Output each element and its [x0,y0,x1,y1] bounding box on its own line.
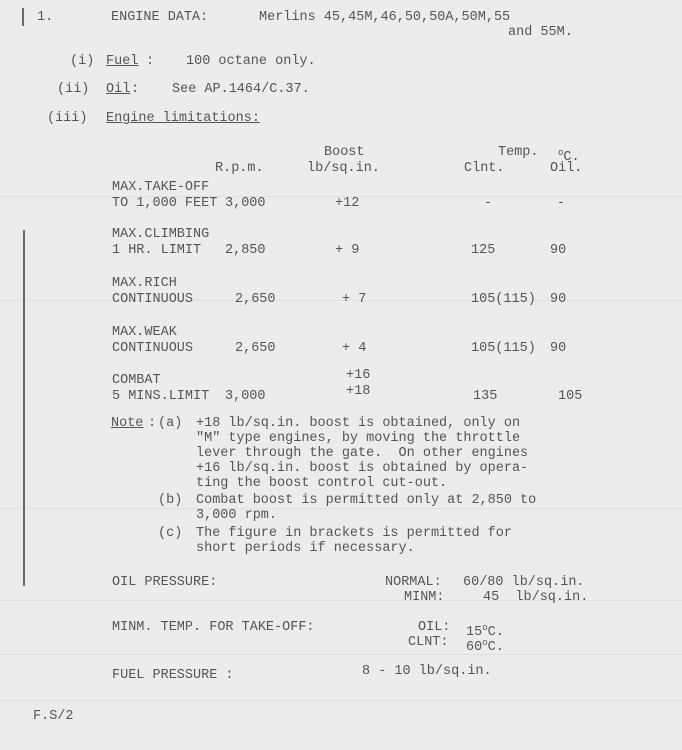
row-oil: - [557,197,565,211]
oil-pressure-label: OIL PRESSURE: [112,576,217,590]
page-reference: F.S/2 [33,710,74,724]
note-b-index: (b) [158,494,182,508]
fuel-pressure-value: 8 - 10 lb/sq.in. [362,665,492,679]
header-rpm: R.p.m. [215,162,264,176]
row-clnt: 125 [471,244,495,258]
note-a-line: +16 lb/sq.in. boost is obtained by opera… [196,462,528,476]
oil-pressure-normal-label: NORMAL: [385,576,442,590]
row-rpm: 2,650 [235,293,276,307]
note-a-index: (a) [158,417,182,431]
note-c-line: The figure in brackets is permitted for [196,527,512,541]
item-label: Oil [106,83,130,97]
row-label: CONTINUOUS [112,293,193,307]
row-label: TO 1,000 FEET [112,197,217,211]
row-label: MAX.RICH [112,277,177,291]
takeoff-temp-oil-label: OIL: [418,621,450,635]
revision-bar-heading [22,8,24,26]
section-number: 1. [37,11,53,25]
paper-texture-line [0,700,682,701]
section-title: ENGINE DATA: [111,11,208,25]
row-boost: + 9 [335,244,359,258]
header-boost: Boost [324,146,365,160]
note-b-line: Combat boost is permitted only at 2,850 … [196,494,536,508]
row-clnt: 105(115) [471,342,536,356]
row-clnt: 135 [473,390,497,404]
engine-models-cont: and 55M. [508,26,573,40]
note-a-line: lever through the gate. On other engines [196,447,528,461]
item-value: 100 octane only. [186,55,316,69]
note-label: Note [111,417,143,431]
row-rpm: 3,000 [225,390,266,404]
row-rpm: 2,650 [235,342,276,356]
note-c-index: (c) [158,527,182,541]
row-boost-alt: +16 [346,369,370,383]
oil-pressure-minm-value: 45 lb/sq.in. [483,591,588,605]
note-b-line: 3,000 rpm. [196,509,277,523]
row-boost: + 7 [342,293,366,307]
row-rpm: 3,000 [225,197,266,211]
fuel-pressure-label: FUEL PRESSURE : [112,669,234,683]
note-c-line: short periods if necessary. [196,542,415,556]
takeoff-temp-clnt-value: 60oC. [466,636,504,655]
row-clnt: - [484,197,492,211]
row-label: MAX.WEAK [112,326,177,340]
header-oil: Oil. [550,162,582,176]
row-boost: +12 [335,197,359,211]
row-label: 1 HR. LIMIT [112,244,201,258]
row-oil: 90 [550,244,566,258]
row-rpm: 2,850 [225,244,266,258]
paper-texture-line [0,508,682,509]
takeoff-temp-clnt-label: CLNT: [408,636,449,650]
takeoff-temp-label: MINM. TEMP. FOR TAKE-OFF: [112,621,315,635]
item-index: (i) [70,55,94,69]
row-oil: 90 [550,342,566,356]
note-a-line: +18 lb/sq.in. boost is obtained, only on [196,417,520,431]
row-boost: +18 [346,385,370,399]
revision-bar-table [23,230,25,586]
row-label: COMBAT [112,374,161,388]
note-a-line: ting the boost control cut-out. [196,477,447,491]
item-value: See AP.1464/C.37. [172,83,310,97]
oil-pressure-normal-value: 60/80 lb/sq.in. [463,576,585,590]
row-boost: + 4 [342,342,366,356]
row-label: MAX.TAKE-OFF [112,181,209,195]
header-temp: Temp. [498,146,539,160]
row-label: CONTINUOUS [112,342,193,356]
engine-models: Merlins 45,45M,46,50,50A,50M,55 [259,11,510,25]
oil-pressure-minm-label: MINM: [404,591,445,605]
header-boost-unit: lb/sq.in. [307,162,380,176]
row-oil: 105 [558,390,582,404]
row-oil: 90 [550,293,566,307]
row-label: 5 MINS.LIMIT [112,390,209,404]
item-index: (iii) [47,112,88,126]
row-label: MAX.CLIMBING [112,228,209,242]
note-a-line: "M" type engines, by moving the throttle [196,432,520,446]
item-index: (ii) [57,83,89,97]
paper-texture-line [0,300,682,301]
row-clnt: 105(115) [471,293,536,307]
header-clnt: Clnt. [464,162,505,176]
paper-texture-line [0,654,682,655]
item-label: Fuel [106,55,138,69]
item-label: Engine limitations: [106,112,260,126]
